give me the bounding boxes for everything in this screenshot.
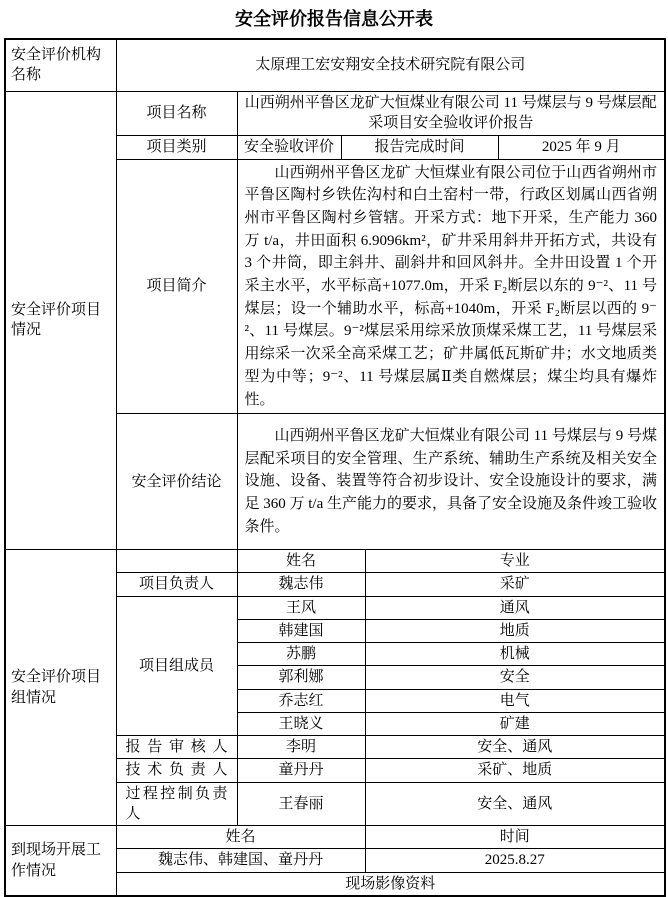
process-controller-major: 安全、通风: [365, 782, 665, 826]
conclusion-text-cell: 山西朔州平鲁区龙矿大恒煤业有限公司 11 号煤层与 9 号煤层配采项目的安全管理…: [237, 414, 665, 550]
report-time-label: 报告完成时间: [341, 135, 498, 159]
brief-text: 山西朔州平鲁区龙矿 大恒煤业有限公司位于山西省朔州市平鲁区陶村乡铁佐沟村和白土窑…: [245, 162, 658, 412]
process-controller-name: 王春丽: [237, 782, 365, 826]
member-major: 矿建: [365, 712, 665, 735]
team-header-row: 安全评价项目组情况 姓名 专业: [5, 550, 665, 573]
site-section-label: 到现场开展工作情况: [5, 826, 116, 896]
tech-lead-major: 采矿、地质: [365, 759, 665, 782]
report-time-value: 2025 年 9 月: [498, 135, 665, 159]
team-section-label: 安全评价项目组情况: [5, 550, 116, 826]
project-type-value: 安全验收评价: [237, 135, 341, 159]
leader-label: 项目负责人: [116, 573, 237, 596]
member-name: 郭利娜: [237, 666, 365, 689]
member-name: 苏鹏: [237, 643, 365, 666]
org-row: 安全评价机构名称 太原理工宏安翔安全技术研究院有限公司: [5, 39, 665, 91]
member-major: 安全: [365, 666, 665, 689]
project-name-row: 安全评价项目情况 项目名称 山西朔州平鲁区龙矿大恒煤业有限公司 11 号煤层与 …: [5, 91, 665, 135]
site-footer: 现场影像资料: [116, 872, 665, 896]
tech-lead-label: 技术负责人: [116, 759, 237, 782]
org-name-label: 安全评价机构名称: [5, 39, 116, 91]
team-header-spacer: [116, 550, 237, 573]
leader-name: 魏志伟: [237, 573, 365, 596]
project-name-label: 项目名称: [116, 91, 237, 135]
leader-major: 采矿: [365, 573, 665, 596]
reviewer-major: 安全、通风: [365, 736, 665, 759]
reviewer-name: 李明: [237, 736, 365, 759]
member-name: 乔志红: [237, 689, 365, 712]
brief-text-cell: 山西朔州平鲁区龙矿 大恒煤业有限公司位于山西省朔州市平鲁区陶村乡铁佐沟村和白土窑…: [237, 159, 665, 414]
site-visit-names: 魏志伟、韩建国、童丹丹: [116, 849, 365, 872]
process-controller-label: 过程控制负责人: [116, 782, 237, 826]
member-major: 通风: [365, 596, 665, 619]
brief-label: 项目简介: [116, 159, 237, 414]
member-major: 电气: [365, 689, 665, 712]
site-header-name: 姓名: [116, 826, 365, 849]
member-name: 韩建国: [237, 619, 365, 642]
conclusion-text: 山西朔州平鲁区龙矿大恒煤业有限公司 11 号煤层与 9 号煤层配采项目的安全管理…: [245, 425, 658, 539]
site-header-row: 到现场开展工作情况 姓名 时间: [5, 826, 665, 849]
member-major: 地质: [365, 619, 665, 642]
team-header-name: 姓名: [237, 550, 365, 573]
org-name-value: 太原理工宏安翔安全技术研究院有限公司: [116, 39, 665, 91]
site-visit-date: 2025.8.27: [365, 849, 665, 872]
conclusion-label: 安全评价结论: [116, 414, 237, 550]
project-section-label: 安全评价项目情况: [5, 91, 116, 550]
project-type-label: 项目类别: [116, 135, 237, 159]
page-title: 安全评价报告信息公开表: [0, 0, 668, 30]
site-header-time: 时间: [365, 826, 665, 849]
disclosure-table: 安全评价机构名称 太原理工宏安翔安全技术研究院有限公司 安全评价项目情况 项目名…: [4, 38, 666, 897]
tech-lead-name: 童丹丹: [237, 759, 365, 782]
reviewer-label: 报告审核人: [116, 736, 237, 759]
members-label: 项目组成员: [116, 596, 237, 736]
team-header-major: 专业: [365, 550, 665, 573]
project-name-value: 山西朔州平鲁区龙矿大恒煤业有限公司 11 号煤层与 9 号煤层配采项目安全验收评…: [237, 91, 665, 135]
member-major: 机械: [365, 643, 665, 666]
member-name: 王风: [237, 596, 365, 619]
member-name: 王晓义: [237, 712, 365, 735]
